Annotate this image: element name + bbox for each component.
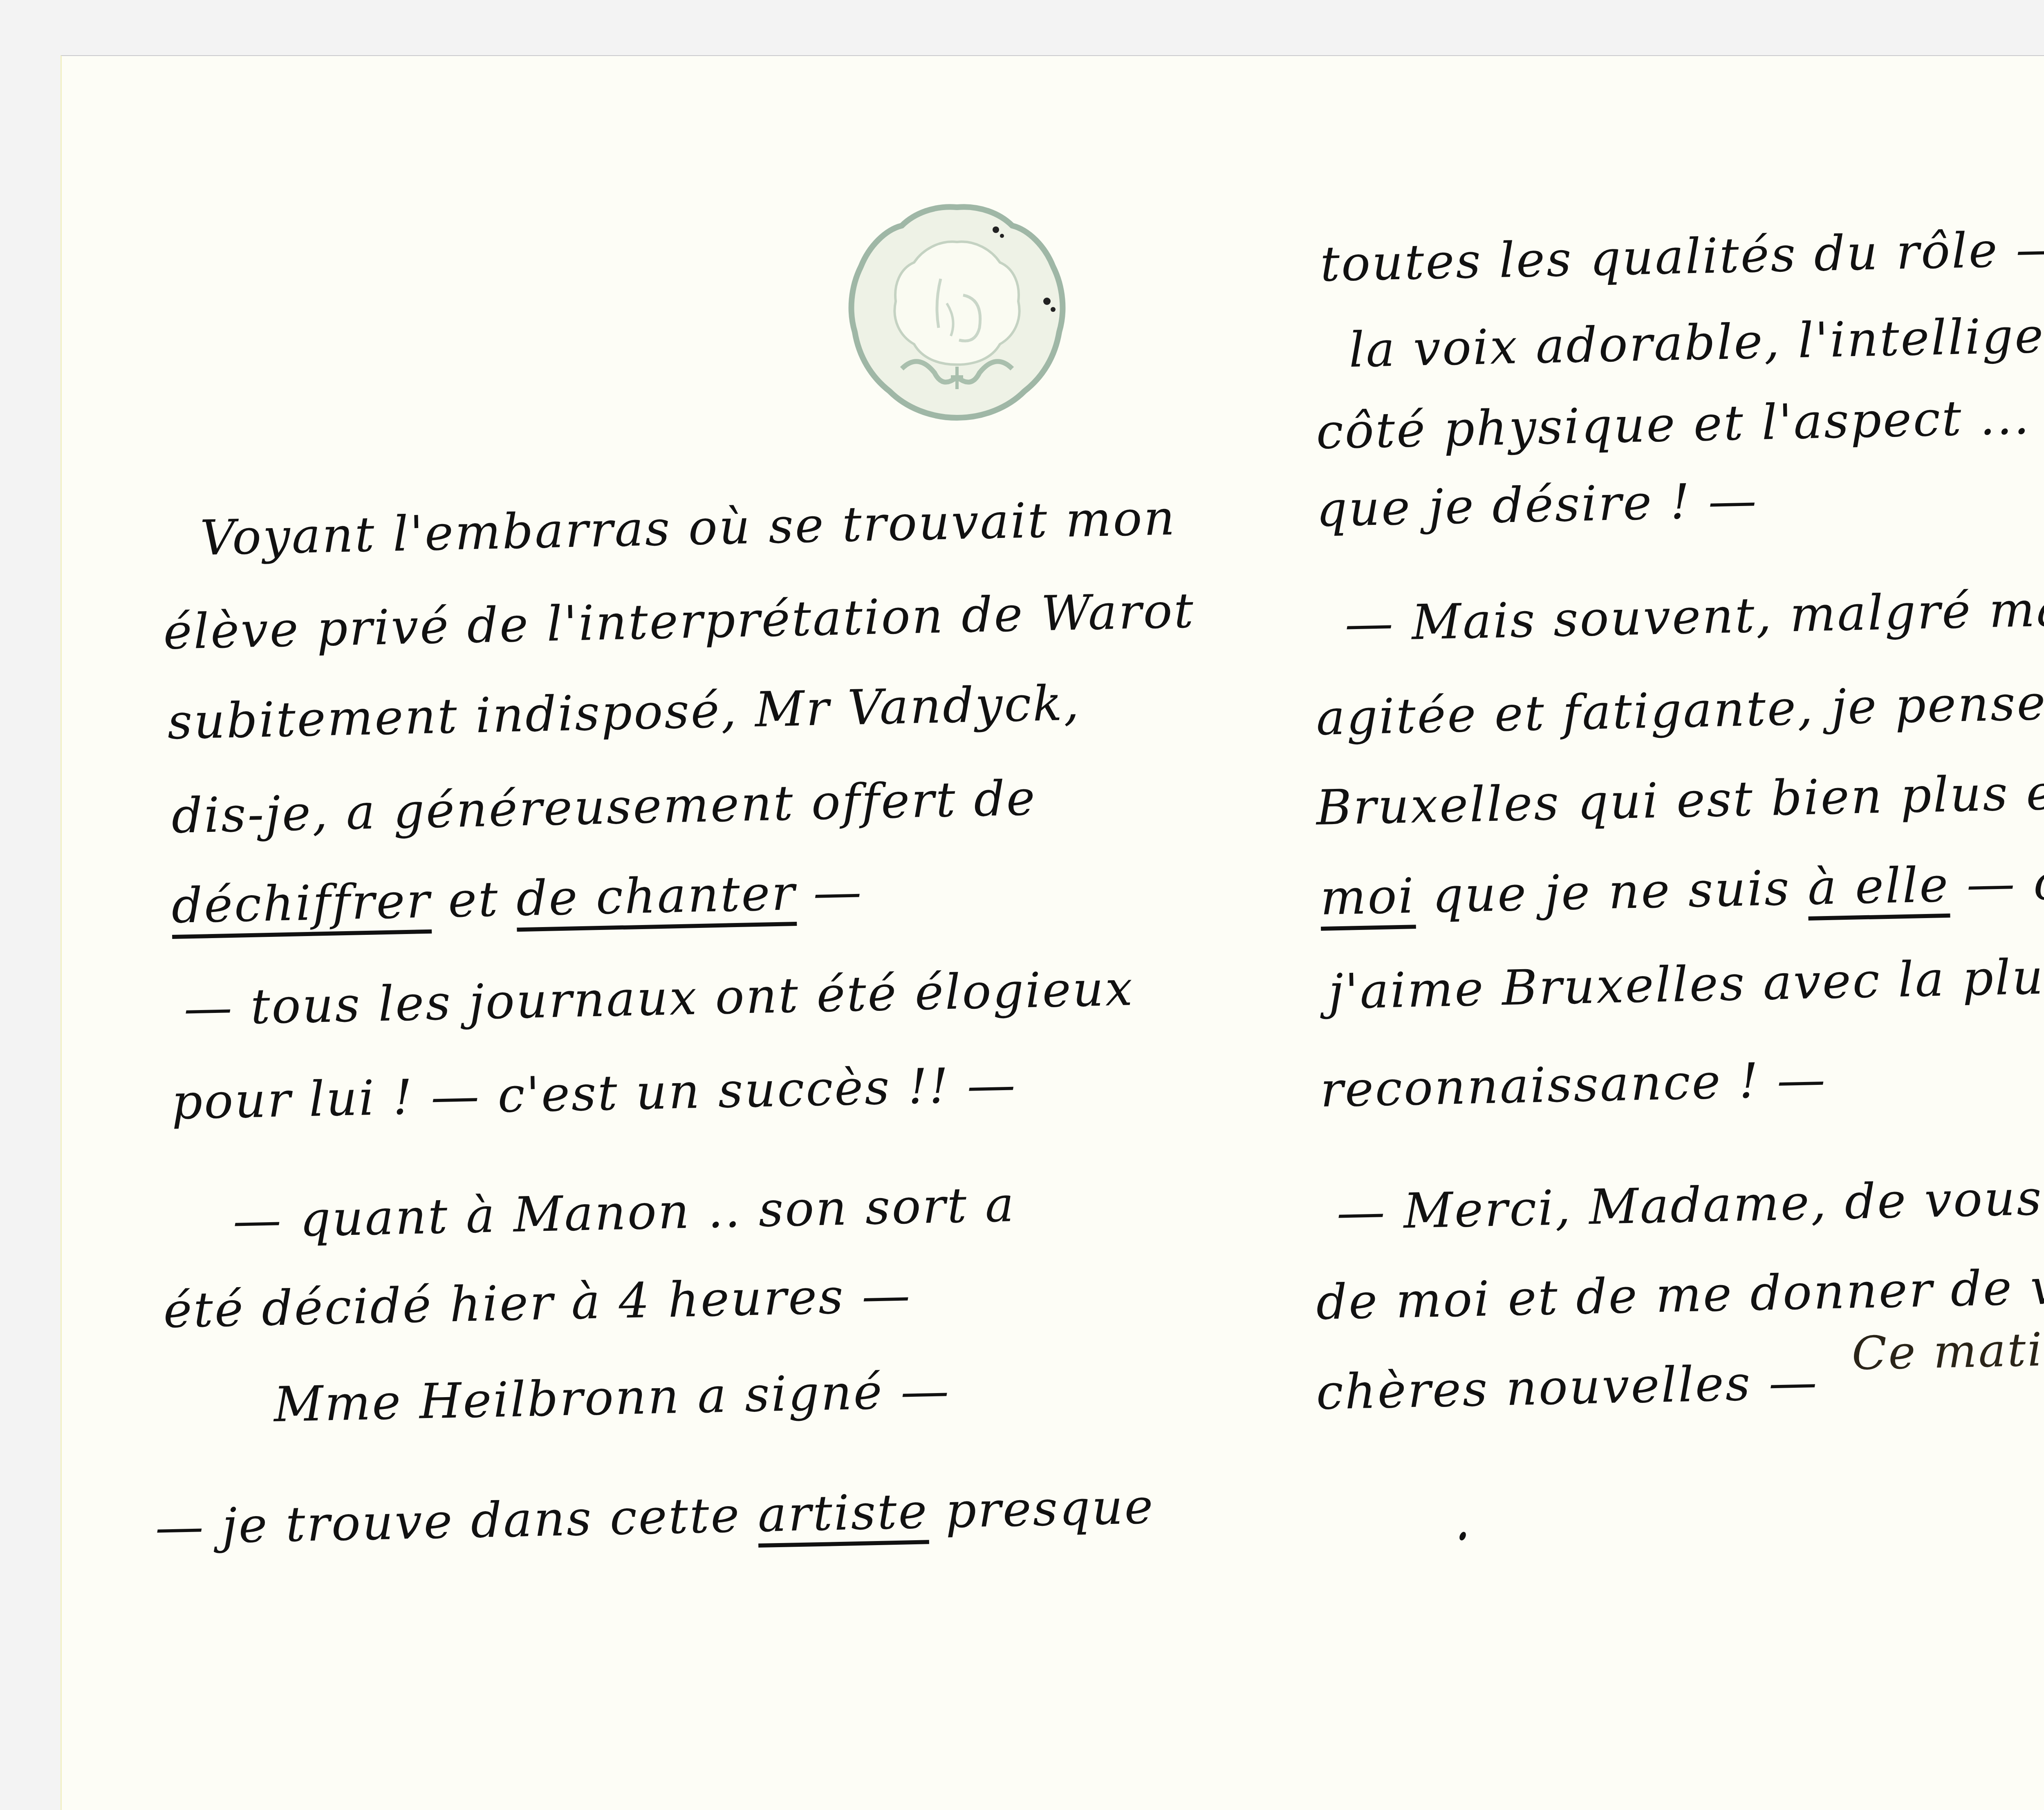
letter-paper: Voyant l'embarras où se trouvait mon élè…: [61, 55, 2044, 1810]
letter-line: — Mais souvent, malgré ma vie: [1344, 578, 2044, 652]
letter-line: — je trouve dans cette artiste presque: [155, 1478, 1155, 1555]
letter-line: — Merci, Madame, de vous souvenir: [1336, 1165, 2044, 1241]
letter-text: — je trouve dans cette: [155, 1486, 758, 1555]
letter-line: Voyant l'embarras où se trouvait mon: [199, 489, 1177, 566]
underlined-word: de chanter: [515, 865, 797, 927]
letter-line: agitée et fatigante, je pense à: [1316, 673, 2044, 746]
letter-text: — car: [1949, 853, 2044, 913]
letter-text: —: [796, 863, 863, 921]
letter-text: et: [430, 870, 517, 928]
letter-line: toutes les qualités du rôle —: [1320, 220, 2044, 292]
closing-phrase: Ce matin: [1851, 1323, 2044, 1380]
letter-line: de moi et de me donner de vos: [1316, 1257, 2044, 1331]
letter-line: Mme Heilbronn a signé —: [273, 1362, 951, 1433]
letter-line: — tous les journaux ont été élogieux: [183, 960, 1134, 1036]
letter-text: presque: [928, 1478, 1155, 1539]
letter-line: pour lui ! — c'est un succès !! —: [171, 1056, 1018, 1130]
letter-line: reconnaissance ! —: [1320, 1051, 1827, 1118]
letter-line: côté physique et l'aspect ... parisien: [1316, 384, 2044, 460]
letter-line: dis-je, a généreusement offert de: [171, 770, 1037, 844]
letter-line: élève privé de l'interprétation de Warot: [163, 582, 1195, 660]
underlined-word: à elle: [1807, 856, 1950, 916]
letter-line: que je désire ! —: [1316, 472, 1759, 538]
letter-line: moi que je ne suis à elle — car: [1320, 853, 2044, 926]
letter-line: la voix adorable, l'intelligence, le: [1348, 304, 2044, 378]
underlined-word: artiste: [757, 1483, 929, 1543]
letter-line: Bruxelles qui est bien plus encore à: [1316, 760, 2044, 836]
letter-line: — quant à Manon .. son sort a: [232, 1176, 1016, 1249]
letter-line: subitement indisposé, Mr Vandyck,: [167, 674, 1081, 750]
letter-line: été décidé hier à 4 heures —: [163, 1267, 912, 1339]
right-page-column: toutes les qualités du rôle — la voix ad…: [1268, 56, 2044, 1810]
left-page-column: Voyant l'embarras où se trouvait mon élè…: [62, 56, 1145, 1810]
underlined-word: déchiffrer: [171, 872, 432, 934]
letter-line: déchiffrer et de chanter —: [171, 863, 863, 934]
letter-text: que je ne suis: [1415, 859, 1809, 924]
letter-line: chères nouvelles —: [1316, 1353, 1819, 1420]
underlined-word: moi: [1320, 867, 1416, 926]
letter-line: j'aime Bruxelles avec la plus profonde: [1328, 943, 2044, 1020]
